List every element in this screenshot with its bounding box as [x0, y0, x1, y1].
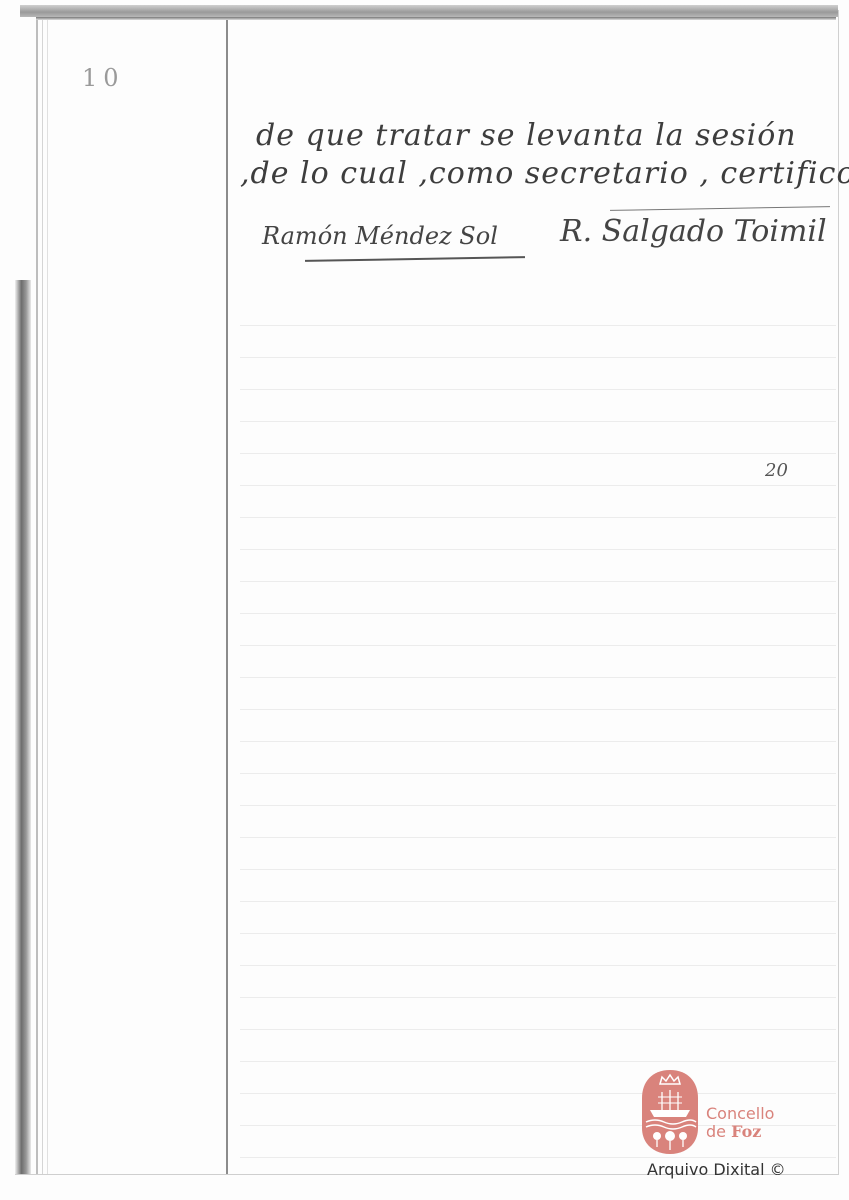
- binding-shadow: [15, 280, 31, 1175]
- ruled-line: [240, 741, 836, 742]
- ruled-line: [240, 901, 836, 902]
- margin-rule: [226, 20, 228, 1175]
- ruled-line: [240, 517, 836, 518]
- page-left-edge-2: [42, 20, 43, 1175]
- ruled-line: [240, 357, 836, 358]
- ruled-line: [240, 1157, 836, 1158]
- handwritten-line-1: de que tratar se levanta la sesión: [256, 118, 797, 153]
- ruled-line: [240, 389, 836, 390]
- page-left-edge: [36, 20, 38, 1175]
- ruled-line: [240, 453, 836, 454]
- margin-mark: 20: [765, 460, 788, 481]
- ruled-line: [240, 869, 836, 870]
- org-line-2: de Foz: [706, 1123, 774, 1141]
- ruled-line: [240, 613, 836, 614]
- ruled-line: [240, 837, 836, 838]
- ruled-line: [240, 965, 836, 966]
- org-line-1: Concello: [706, 1105, 774, 1123]
- ruled-line: [240, 1093, 836, 1094]
- ruled-line: [240, 677, 836, 678]
- ruled-line: [240, 581, 836, 582]
- ruled-line: [240, 709, 836, 710]
- ruled-line: [240, 485, 836, 486]
- ruled-line: [240, 549, 836, 550]
- ruled-line: [240, 1061, 836, 1062]
- page-number: 10: [82, 64, 125, 92]
- signature-right: R. Salgado Toimil: [560, 214, 827, 249]
- handwritten-line-2: ,de lo cual ,como secretario , certifico: [240, 156, 849, 191]
- ruled-line: [240, 997, 836, 998]
- ruled-line: [240, 773, 836, 774]
- ruled-line: [240, 645, 836, 646]
- ruled-line: [240, 421, 836, 422]
- ruled-line: [240, 805, 836, 806]
- watermark-org-name: Concello de Foz: [706, 1105, 774, 1141]
- signature-left: Ramón Méndez Sol: [262, 222, 498, 250]
- watermark-caption: Arquivo Dixital ©: [647, 1160, 786, 1179]
- ruled-line: [240, 325, 836, 326]
- ruled-line: [240, 933, 836, 934]
- concello-de-foz-crest-icon: [640, 1068, 700, 1156]
- ruled-line: [240, 1029, 836, 1030]
- page-left-edge-3: [47, 20, 48, 1175]
